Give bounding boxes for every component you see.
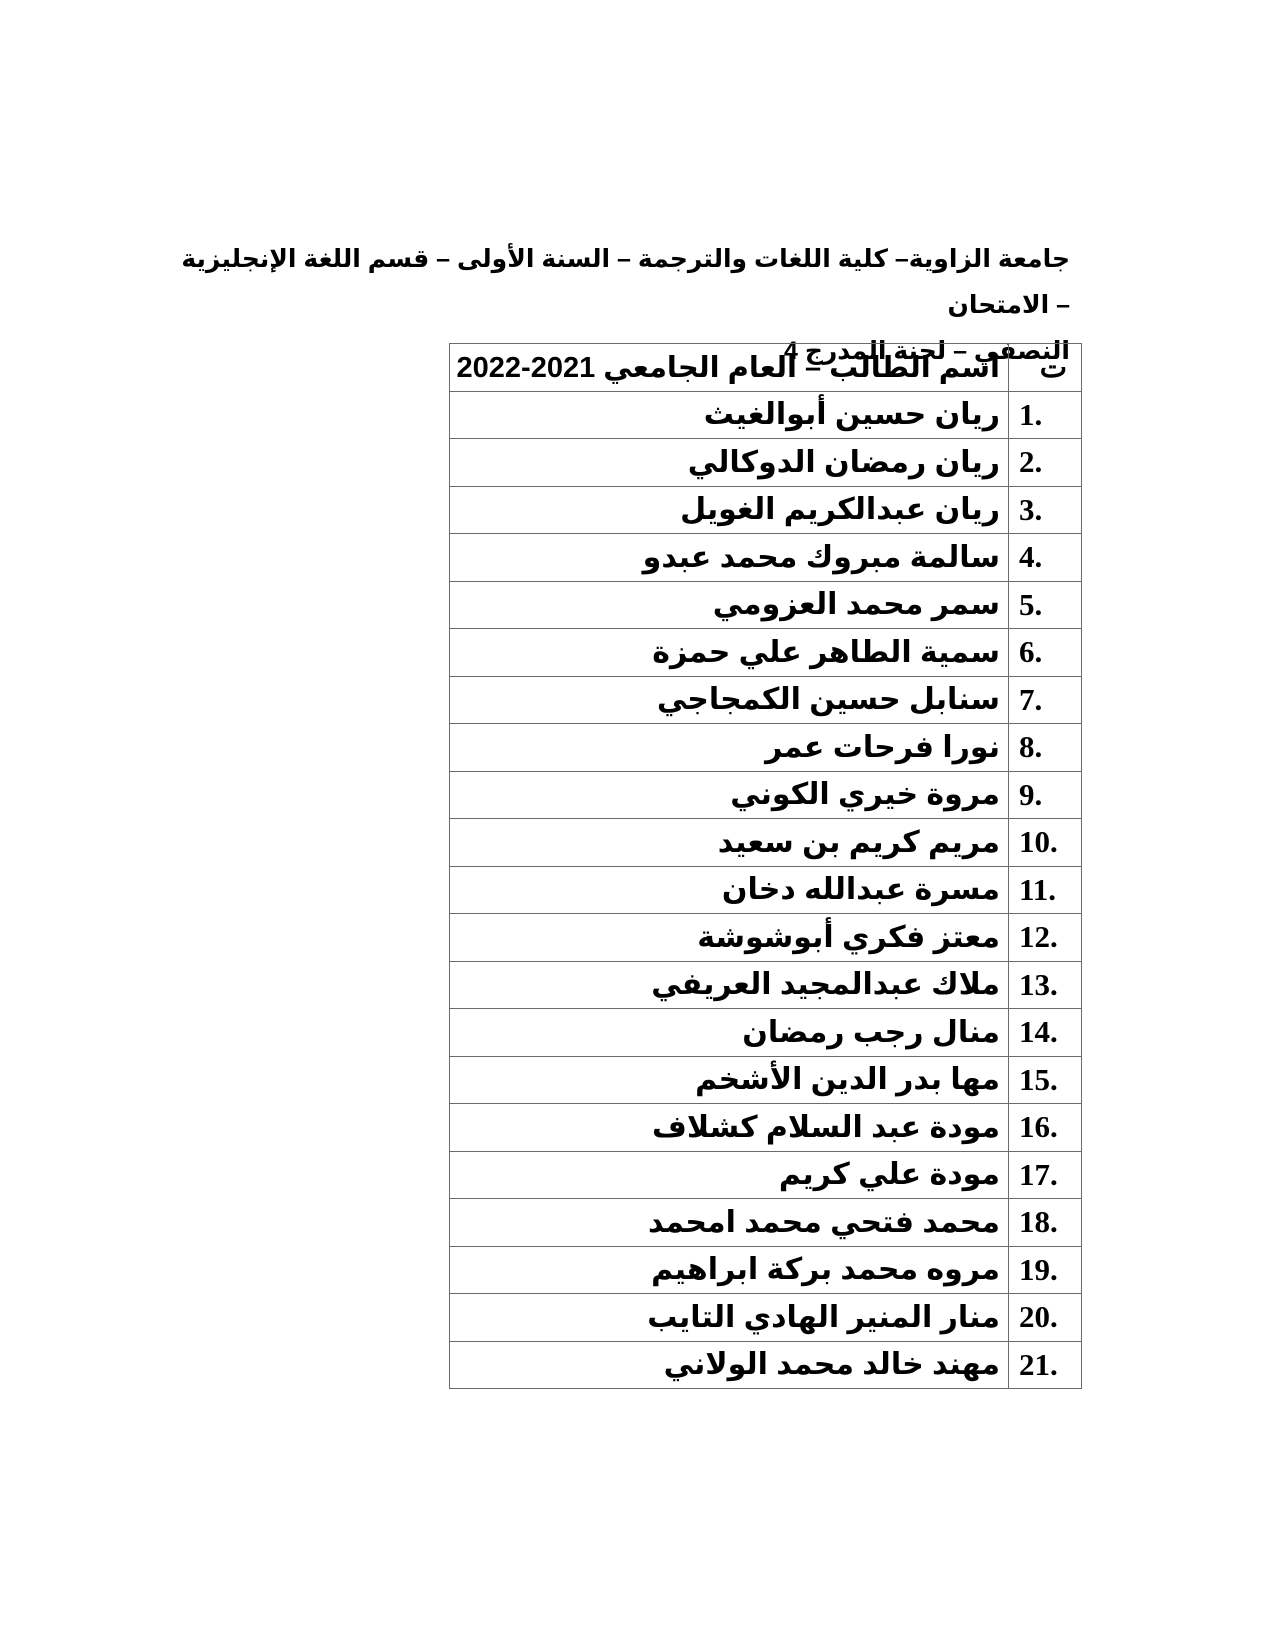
row-number: 2.	[1009, 439, 1082, 487]
table-row: 20.منار المنير الهادي التايب	[450, 1294, 1082, 1342]
header-line-1: جامعة الزاوية– كلية اللغات والترجمة – ال…	[180, 236, 1070, 328]
table-row: 16.مودة عبد السلام كشلاف	[450, 1104, 1082, 1152]
table-row: 5.سمر محمد العزومي	[450, 581, 1082, 629]
student-name: مها بدر الدين الأشخم	[450, 1056, 1009, 1104]
student-name: ملاك عبدالمجيد العريفي	[450, 961, 1009, 1009]
row-number: 8.	[1009, 724, 1082, 772]
table-row: 1.ريان حسين أبوالغيث	[450, 391, 1082, 439]
table-row: 6.سمية الطاهر علي حمزة	[450, 629, 1082, 677]
student-name: منال رجب رمضان	[450, 1009, 1009, 1057]
table-row: 3.ريان عبدالكريم الغويل	[450, 486, 1082, 534]
table-row: 15.مها بدر الدين الأشخم	[450, 1056, 1082, 1104]
row-number: 7.	[1009, 676, 1082, 724]
student-name: مودة علي كريم	[450, 1151, 1009, 1199]
student-name: محمد فتحي محمد امحمد	[450, 1199, 1009, 1247]
row-number: 5.	[1009, 581, 1082, 629]
student-name: معتز فكري أبوشوشة	[450, 914, 1009, 962]
student-name: منار المنير الهادي التايب	[450, 1294, 1009, 1342]
row-number: 14.	[1009, 1009, 1082, 1057]
student-name: سمية الطاهر علي حمزة	[450, 629, 1009, 677]
student-name: ريان عبدالكريم الغويل	[450, 486, 1009, 534]
student-name: ريان رمضان الدوكالي	[450, 439, 1009, 487]
table-row: 18.محمد فتحي محمد امحمد	[450, 1199, 1082, 1247]
student-name: مريم كريم بن سعيد	[450, 819, 1009, 867]
row-number: 4.	[1009, 534, 1082, 582]
row-number: 3.	[1009, 486, 1082, 534]
table-row: 7.سنابل حسين الكمجاجي	[450, 676, 1082, 724]
row-number: 21.	[1009, 1341, 1082, 1389]
table-row: 2.ريان رمضان الدوكالي	[450, 439, 1082, 487]
row-number: 20.	[1009, 1294, 1082, 1342]
table-row: 9.مروة خيري الكوني	[450, 771, 1082, 819]
table-row: 10.مريم كريم بن سعيد	[450, 819, 1082, 867]
column-header-name: اسم الطالب – العام الجامعي 2021-2022	[450, 344, 1009, 392]
student-name: مهند خالد محمد الولاني	[450, 1341, 1009, 1389]
student-name: مسرة عبدالله دخان	[450, 866, 1009, 914]
student-name: نورا فرحات عمر	[450, 724, 1009, 772]
row-number: 15.	[1009, 1056, 1082, 1104]
row-number: 10.	[1009, 819, 1082, 867]
student-name: مروة خيري الكوني	[450, 771, 1009, 819]
table-row: 4.سالمة مبروك محمد عبدو	[450, 534, 1082, 582]
row-number: 11.	[1009, 866, 1082, 914]
table-row: 8.نورا فرحات عمر	[450, 724, 1082, 772]
table-row: 17.مودة علي كريم	[450, 1151, 1082, 1199]
student-name: مودة عبد السلام كشلاف	[450, 1104, 1009, 1152]
table-row: 14.منال رجب رمضان	[450, 1009, 1082, 1057]
row-number: 17.	[1009, 1151, 1082, 1199]
row-number: 9.	[1009, 771, 1082, 819]
row-number: 6.	[1009, 629, 1082, 677]
table-row: 11.مسرة عبدالله دخان	[450, 866, 1082, 914]
student-name: مروه محمد بركة ابراهيم	[450, 1246, 1009, 1294]
table-row: 13.ملاك عبدالمجيد العريفي	[450, 961, 1082, 1009]
column-header-number: ت	[1009, 344, 1082, 392]
row-number: 13.	[1009, 961, 1082, 1009]
row-number: 16.	[1009, 1104, 1082, 1152]
table-row: 21.مهند خالد محمد الولاني	[450, 1341, 1082, 1389]
student-list-table: ت اسم الطالب – العام الجامعي 2021-2022 1…	[449, 343, 1082, 1389]
row-number: 19.	[1009, 1246, 1082, 1294]
table-row: 12.معتز فكري أبوشوشة	[450, 914, 1082, 962]
student-name: سالمة مبروك محمد عبدو	[450, 534, 1009, 582]
row-number: 18.	[1009, 1199, 1082, 1247]
student-name: سمر محمد العزومي	[450, 581, 1009, 629]
table-row: 19.مروه محمد بركة ابراهيم	[450, 1246, 1082, 1294]
row-number: 12.	[1009, 914, 1082, 962]
student-name: سنابل حسين الكمجاجي	[450, 676, 1009, 724]
row-number: 1.	[1009, 391, 1082, 439]
table-header-row: ت اسم الطالب – العام الجامعي 2021-2022	[450, 344, 1082, 392]
student-name: ريان حسين أبوالغيث	[450, 391, 1009, 439]
